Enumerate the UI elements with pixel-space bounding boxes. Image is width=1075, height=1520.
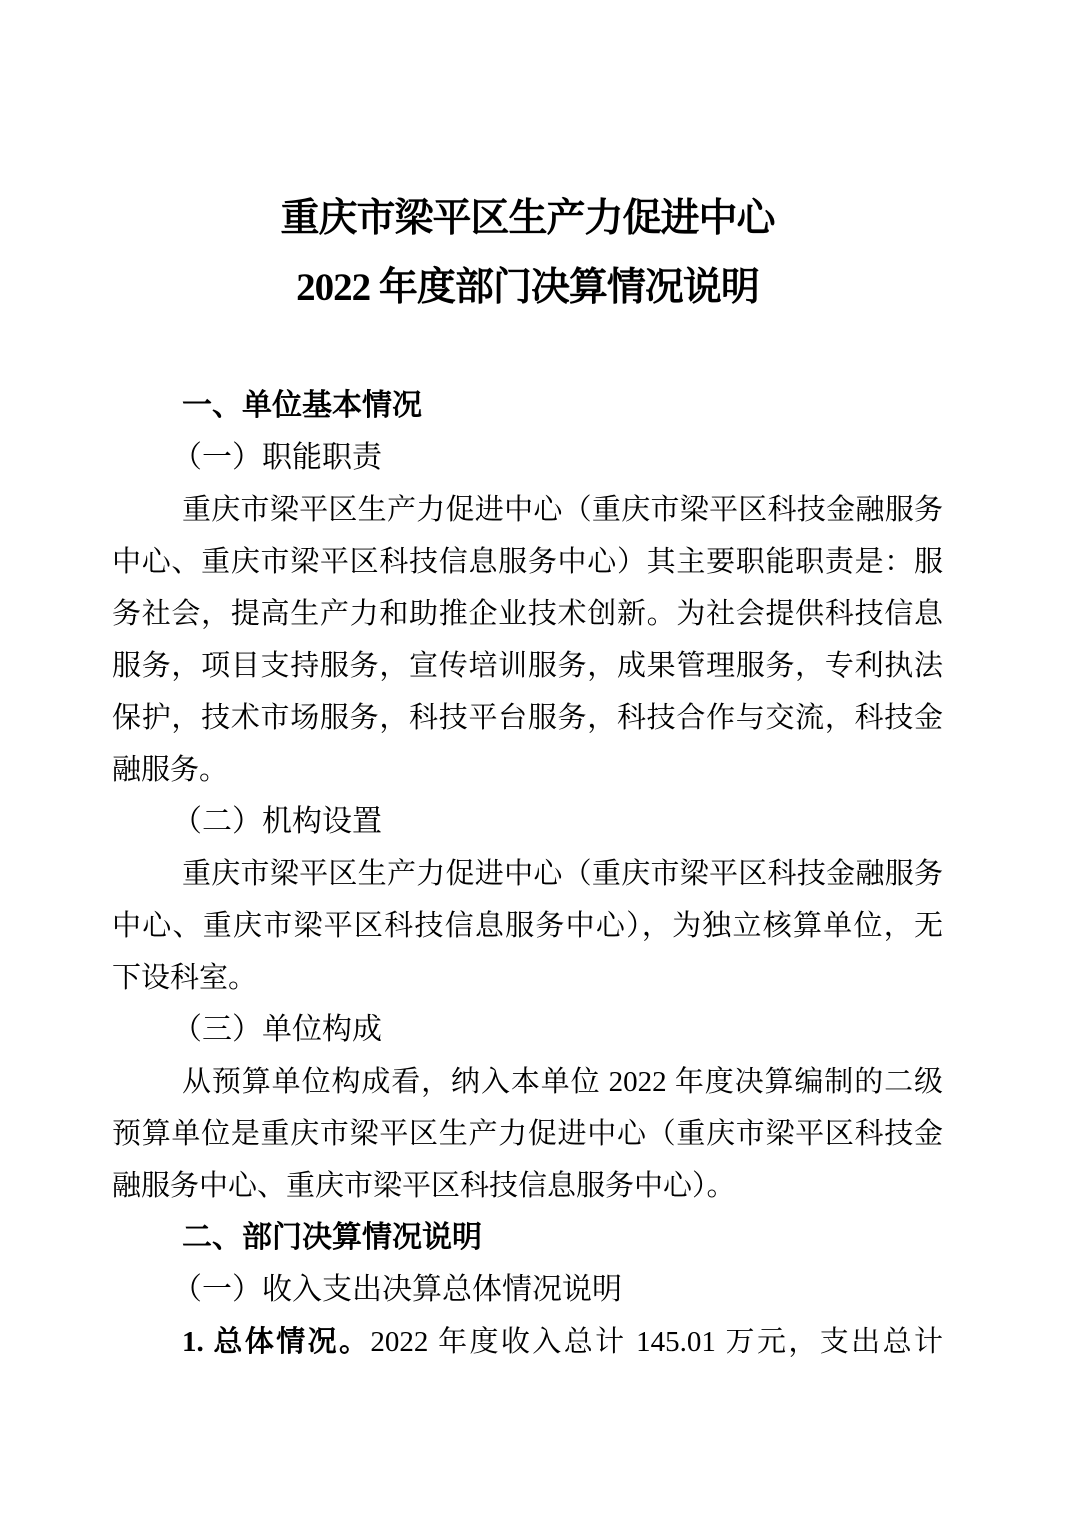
document-body: 一、单位基本情况（一）职能职责重庆市梁平区生产力促进中心（重庆市梁平区科技金融服…	[112, 380, 943, 1368]
paragraph-line: 预算单位是重庆市梁平区生产力促进中心（重庆市梁平区科技金	[112, 1108, 943, 1160]
paragraph-line: 从预算单位构成看，纳入本单位 2022 年度决算编制的二级	[112, 1056, 943, 1108]
document-title-line-2: 2022 年度部门决算情况说明	[112, 253, 943, 322]
sub-heading: （三）单位构成	[112, 1004, 943, 1056]
document-title-line-1: 重庆市梁平区生产力促进中心	[112, 184, 943, 253]
paragraph-line: 保护，技术市场服务，科技平台服务，科技合作与交流，科技金	[112, 692, 943, 744]
paragraph-line: 务社会，提高生产力和助推企业技术创新。为社会提供科技信息	[112, 588, 943, 640]
sub-heading: （二）机构设置	[112, 796, 943, 848]
text-run: 2022 年度收入总计 145.01 万元，支出总计	[370, 1326, 943, 1358]
section-heading: 一、单位基本情况	[112, 380, 943, 432]
section-heading: 二、部门决算情况说明	[112, 1212, 943, 1264]
sub-heading: （一）收入支出决算总体情况说明	[112, 1264, 943, 1316]
paragraph-line: 融服务中心、重庆市梁平区科技信息服务中心）。	[112, 1160, 943, 1212]
paragraph-line: 重庆市梁平区生产力促进中心（重庆市梁平区科技金融服务	[112, 484, 943, 536]
document-page: { "document": { "title_lines": [ "重庆市梁平区…	[0, 0, 1075, 1520]
document-sheet: 重庆市梁平区生产力促进中心 2022 年度部门决算情况说明 一、单位基本情况（一…	[0, 0, 1075, 1520]
paragraph-line: 重庆市梁平区生产力促进中心（重庆市梁平区科技金融服务	[112, 848, 943, 900]
paragraph-line: 下设科室。	[112, 952, 943, 1004]
bold-text-run: 1. 总体情况。	[182, 1326, 370, 1358]
sub-heading: （一）职能职责	[112, 432, 943, 484]
paragraph-line: 中心、重庆市梁平区科技信息服务中心），为独立核算单位，无	[112, 900, 943, 952]
paragraph-line: 服务，项目支持服务，宣传培训服务，成果管理服务，专利执法	[112, 640, 943, 692]
paragraph-line: 1. 总体情况。2022 年度收入总计 145.01 万元，支出总计	[112, 1316, 943, 1368]
paragraph-line: 融服务。	[112, 744, 943, 796]
document-title: 重庆市梁平区生产力促进中心 2022 年度部门决算情况说明	[112, 184, 943, 322]
paragraph-line: 中心、重庆市梁平区科技信息服务中心）其主要职能职责是：服	[112, 536, 943, 588]
